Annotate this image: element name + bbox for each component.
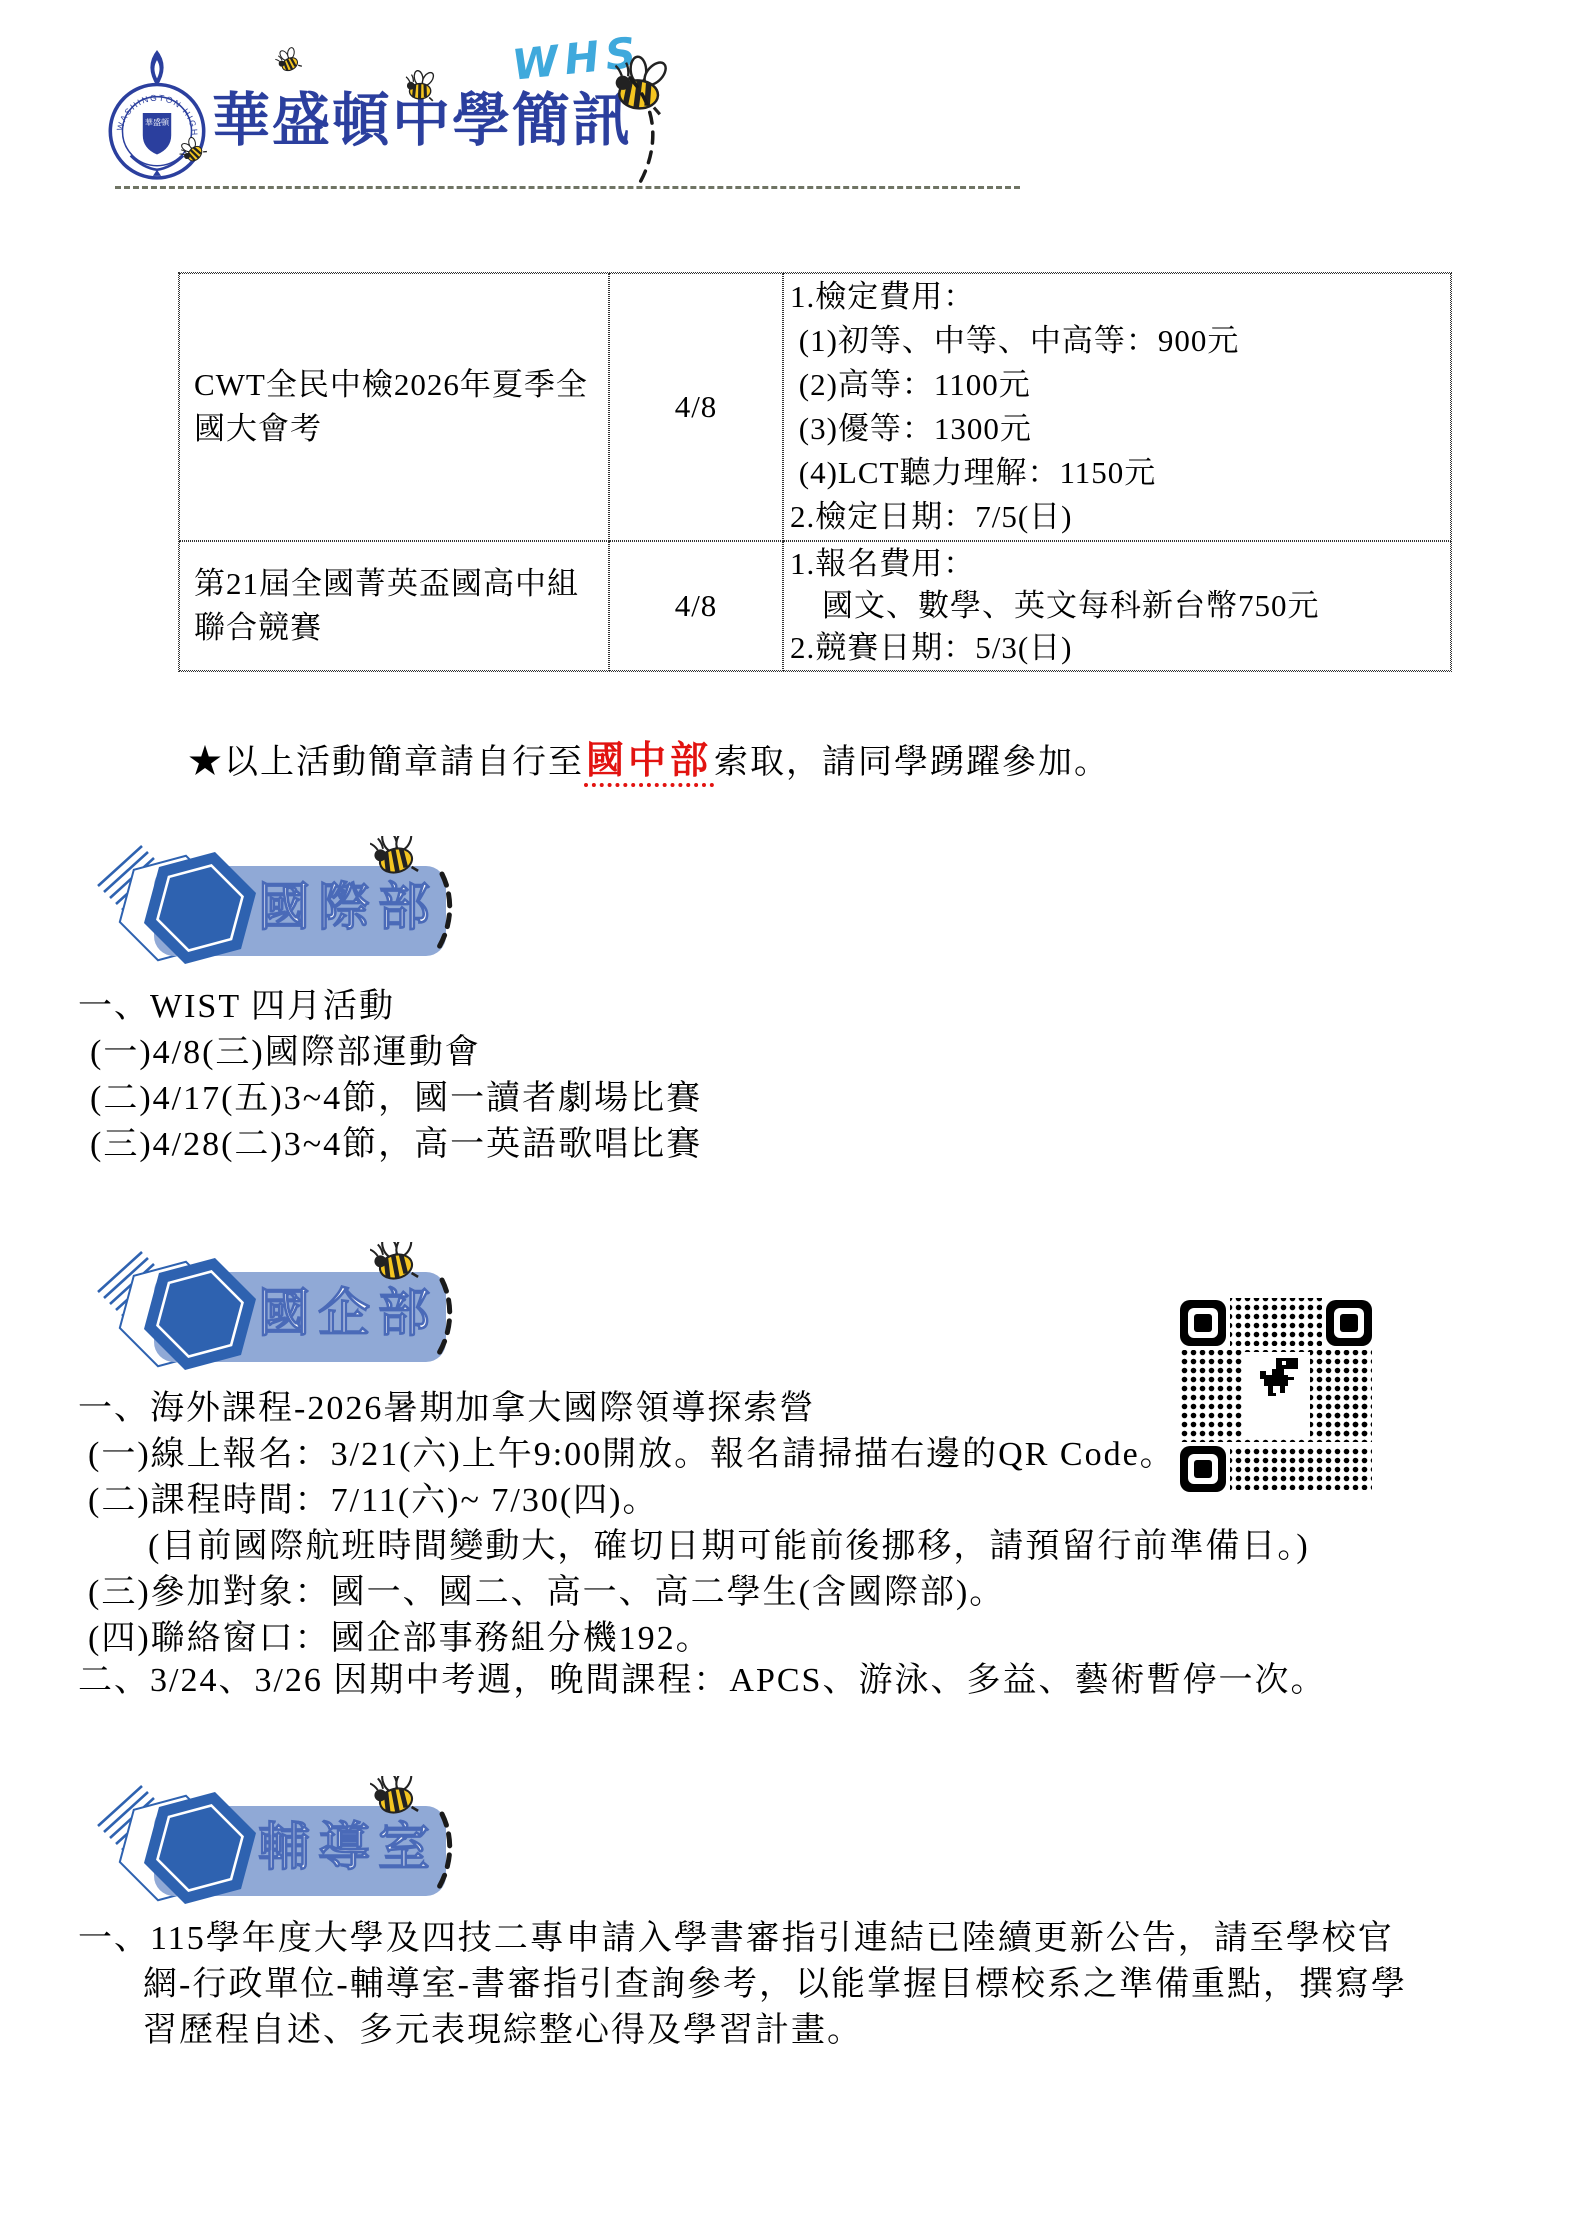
bee-trail-dashes xyxy=(600,72,690,192)
event-name: CWT全民中檢2026年夏季全國大會考 xyxy=(194,363,608,451)
section-line: (一)4/8(三)國際部運動會 xyxy=(90,1032,481,1075)
event-date-cell: 4/8 xyxy=(609,541,783,671)
event-details-cell: 1.報名費用： 國文、數學、英文每科新台幣750元 2.競賽日期：5/3(日) xyxy=(783,541,1451,671)
detail-line: (4)LCT聽力理解：1150元 xyxy=(790,451,1450,495)
detail-line: (2)高等：1100元 xyxy=(790,363,1450,407)
qr-code xyxy=(1180,1294,1372,1492)
section-line: (三)4/28(二)3~4節，高一英語歌唱比賽 xyxy=(90,1124,702,1167)
detail-line: 1.報名費用： xyxy=(790,543,1450,585)
section-line: 網-行政單位-輔導室-書審指引查詢參考，以能掌握目標校系之準備重點，撰寫學 xyxy=(143,1964,1407,2007)
event-date: 4/8 xyxy=(675,389,718,425)
detail-line: (3)優等：1300元 xyxy=(790,407,1450,451)
section-line: 二、3/24、3/26 因期中考週，晚間課程：APCS、游泳、多益、藝術暫停一次… xyxy=(78,1660,1326,1703)
notice-suffix: 索取，請同學踴躍參加。 xyxy=(714,744,1110,781)
section-line: 一、WIST 四月活動 xyxy=(78,986,395,1029)
section-badge-intl-business: 國企部 xyxy=(92,1242,472,1382)
detail-line: 2.檢定日期：7/5(日) xyxy=(790,495,1450,539)
notice-highlight: 國中部 xyxy=(584,740,714,787)
badge-label: 國際部 xyxy=(258,882,438,934)
section-line: (目前國際航班時間變動大，確切日期可能前後挪移，請預留行前準備日。) xyxy=(148,1526,1310,1569)
section-line: 一、115學年度大學及四技二專申請入學書審指引連結已陸續更新公告，請至學校官 xyxy=(78,1918,1394,1961)
notice-prefix: ★以上活動簡章請自行至 xyxy=(188,744,584,781)
detail-line: 2.競賽日期：5/3(日) xyxy=(790,627,1450,669)
events-table: CWT全民中檢2026年夏季全國大會考 4/8 1.檢定費用： (1)初等、中等… xyxy=(178,272,1452,672)
detail-line: 1.檢定費用： xyxy=(790,275,1450,319)
bee-icon xyxy=(401,67,441,107)
event-date: 4/8 xyxy=(675,588,718,624)
event-details-cell: 1.檢定費用： (1)初等、中等、中高等：900元 (2)高等：1100元 (3… xyxy=(783,273,1451,541)
event-name-cell: 第21屆全國菁英盃國高中組聯合競賽 xyxy=(179,541,609,671)
header-divider xyxy=(115,186,1020,189)
badge-label: 國企部 xyxy=(258,1288,438,1340)
newsletter-page: WASHINGTON HIGH SCHOOL 華盛頓 華盛頓中學簡訊 WHS C… xyxy=(0,0,1577,2228)
event-name-cell: CWT全民中檢2026年夏季全國大會考 xyxy=(179,273,609,541)
section-line: (三)參加對象：國一、國二、高一、高二學生(含國際部)。 xyxy=(88,1572,1005,1615)
section-line: (一)線上報名：3/21(六)上午9:00開放。報名請掃描右邊的QR Code。 xyxy=(88,1434,1176,1477)
section-badge-international: 國際部 xyxy=(92,836,472,976)
section-badge-counseling: 輔導室 xyxy=(92,1776,472,1916)
bee-icon xyxy=(273,45,305,77)
section-line: 一、海外課程-2026暑期加拿大國際領導探索營 xyxy=(78,1388,815,1431)
detail-line: (1)初等、中等、中高等：900元 xyxy=(790,319,1450,363)
section-line: 習歷程自述、多元表現綜整心得及學習計畫。 xyxy=(143,2010,863,2053)
section-line: (四)聯絡窗口：國企部事務組分機192。 xyxy=(88,1618,712,1661)
section-line: (二)4/17(五)3~4節，國一讀者劇場比賽 xyxy=(90,1078,702,1121)
section-line: (二)課程時間：7/11(六)~ 7/30(四)。 xyxy=(88,1480,658,1523)
notice-line: ★以上活動簡章請自行至國中部索取，請同學踴躍參加。 xyxy=(188,729,1110,784)
badge-label: 輔導室 xyxy=(258,1822,438,1874)
event-date-cell: 4/8 xyxy=(609,273,783,541)
event-name: 第21屆全國菁英盃國高中組聯合競賽 xyxy=(194,562,608,650)
detail-line: 國文、數學、英文每科新台幣750元 xyxy=(790,585,1450,627)
seal-cn-text: 華盛頓 xyxy=(145,117,170,127)
